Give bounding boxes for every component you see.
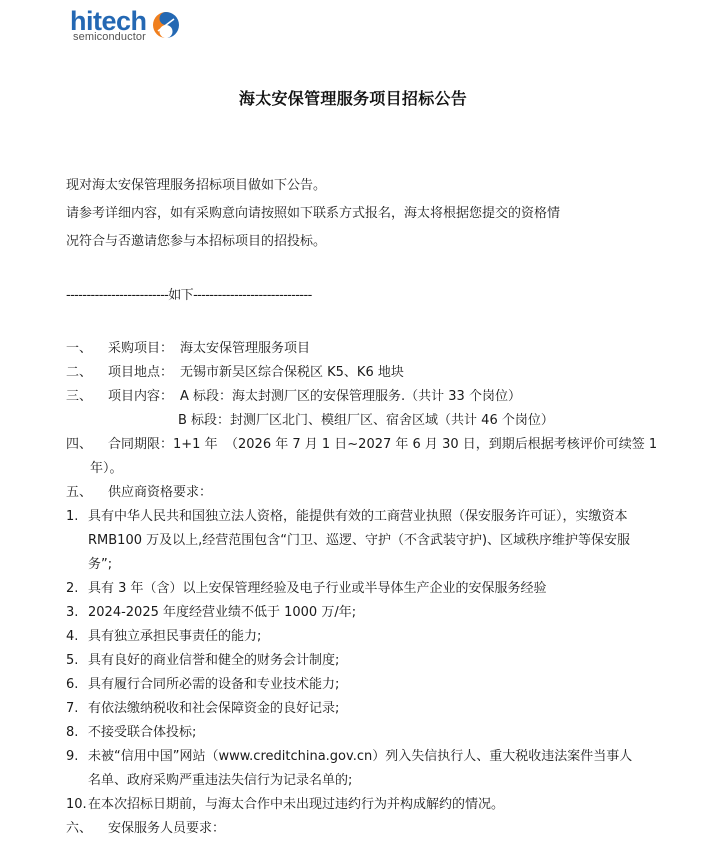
section-5-num: 五、	[66, 485, 92, 501]
req-1-num: 1.	[66, 509, 78, 525]
logo-yin-yang-icon	[152, 11, 180, 39]
section-4-num: 四、	[66, 437, 92, 453]
section-2-num: 二、	[66, 365, 92, 381]
section-4-value-cont: 年）。	[90, 461, 123, 477]
section-6-num: 六、	[66, 821, 92, 837]
hitech-logo: hitech semiconductor	[70, 8, 186, 46]
req-8-line-1: 不接受联合体投标;	[88, 725, 196, 741]
section-2-label: 项目地点：	[108, 365, 173, 381]
req-1-line-3: 务”;	[88, 557, 112, 573]
req-9-line-2: 名单、政府采购严重违法失信行为记录名单的;	[88, 773, 352, 789]
req-10-num: 10.	[66, 797, 87, 813]
section-4-label: 合同期限：1+1 年	[108, 437, 218, 453]
intro-line-1: 现对海太安保管理服务招标项目做如下公告。	[66, 178, 326, 194]
req-7-num: 7.	[66, 701, 78, 717]
section-3-value-a: A 标段：海太封测厂区的安保管理服务.（共计 33 个岗位）	[180, 389, 521, 405]
divider-line: -------------------------如下-------------…	[66, 288, 312, 304]
req-3-line-1: 2024-2025 年度经营业绩不低于 1000 万/年;	[88, 605, 356, 621]
req-1-line-1: 具有中华人民共和国独立法人资格，能提供有效的工商营业执照（保安服务许可证），实缴…	[88, 509, 628, 525]
req-3-num: 3.	[66, 605, 78, 621]
req-6-num: 6.	[66, 677, 78, 693]
req-9-line-1: 未被“信用中国”网站（www.creditchina.gov.cn）列入失信执行…	[88, 749, 632, 765]
section-1-value: 海太安保管理服务项目	[180, 341, 310, 357]
req-10-line-1: 在本次招标日期前，与海太合作中未出现过违约行为并构成解约的情况。	[88, 797, 504, 813]
section-2-value: 无锡市新吴区综合保税区 K5、K6 地块	[180, 365, 404, 381]
section-1-label: 采购项目：	[108, 341, 173, 357]
page-title: 海太安保管理服务项目招标公告	[0, 86, 706, 109]
req-4-num: 4.	[66, 629, 78, 645]
req-7-line-1: 有依法缴纳税收和社会保障资金的良好记录;	[88, 701, 339, 717]
section-6-label: 安保服务人员要求：	[108, 821, 225, 837]
req-5-line-1: 具有良好的商业信誉和健全的财务会计制度;	[88, 653, 339, 669]
section-3-label: 项目内容：	[108, 389, 173, 405]
section-3-value-b: B 标段：封测厂区北门、模组厂区、宿舍区域（共计 46 个岗位）	[178, 413, 554, 429]
req-9-num: 9.	[66, 749, 78, 765]
section-5-label: 供应商资格要求：	[108, 485, 212, 501]
req-2-line-1: 具有 3 年（含）以上安保管理经验及电子行业或半导体生产企业的安保服务经验	[88, 581, 547, 597]
section-3-num: 三、	[66, 389, 92, 405]
req-1-line-2: RMB100 万及以上,经营范围包含“门卫、巡逻、守护（不含武装守护)、区域秩序…	[88, 533, 630, 549]
req-2-num: 2.	[66, 581, 78, 597]
section-4-value: （2026 年 7 月 1 日~2027 年 6 月 30 日，到期后根据考核评…	[225, 437, 657, 453]
req-5-num: 5.	[66, 653, 78, 669]
intro-line-3: 况符合与否邀请您参与本招标项目的招投标。	[66, 234, 326, 250]
req-6-line-1: 具有履行合同所必需的设备和专业技术能力;	[88, 677, 339, 693]
intro-line-2: 请参考详细内容，如有采购意向请按照如下联系方式报名，海太将根据您提交的资格情	[66, 206, 560, 222]
req-8-num: 8.	[66, 725, 78, 741]
logo-subtitle: semiconductor	[73, 31, 146, 43]
section-1-num: 一、	[66, 341, 92, 357]
req-4-line-1: 具有独立承担民事责任的能力;	[88, 629, 261, 645]
